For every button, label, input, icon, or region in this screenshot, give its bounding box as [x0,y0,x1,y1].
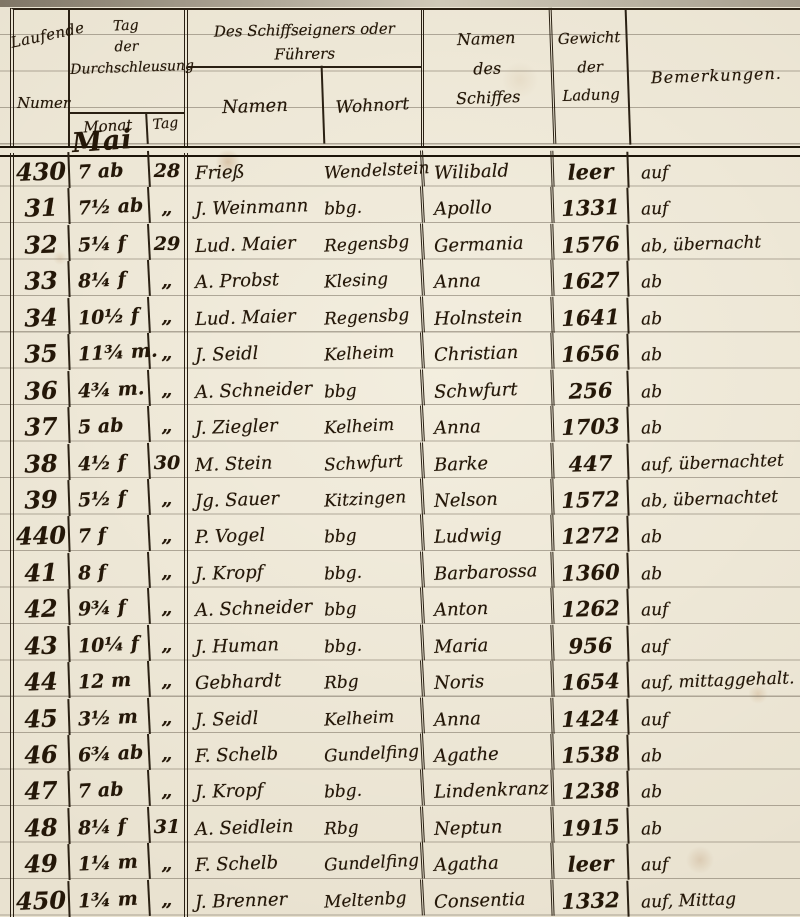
table-row: 338¼ f„A. ProbstKlesingAnna1627ab [14,262,800,298]
cell-residence: Regensbg [323,296,425,338]
header-ship-column: Namen des Schiffes [422,8,557,148]
cell-name: J. Weinmann [187,187,324,228]
scan-edge-smudge [0,0,800,7]
cell-day: „ [150,189,188,225]
cell-residence: bbg [323,515,425,557]
cell-no: 39 [13,480,70,518]
cell-remark: auf, mittaggehalt. [628,660,800,703]
cell-day: „ [150,590,188,626]
table-row: 453½ m„J. SeidlKelheimAnna1424auf [14,700,800,736]
cell-no: 450 [13,881,70,917]
cell-residence: Gundelfing [323,733,425,775]
cell-time: 8¼ f [69,807,151,848]
cell-time: 12 m [69,661,151,702]
cell-weight: 1272 [553,516,629,555]
cell-residence: Gundelfing [323,843,425,885]
cell-residence: bbg [323,588,425,630]
table-row: 4307 ab28FrießWendelsteinWilibaldleerauf [14,153,800,189]
cell-weight: 256 [553,370,629,409]
cell-day: „ [150,408,188,444]
ledger-table: Laufende Numer Tag der Durchschleusung M… [0,8,800,917]
header-number-column: Laufende Numer [14,10,70,146]
table-row: 4501¾ m„J. BrennerMeltenbgConsentia1332a… [14,882,800,917]
cell-name: A. Seidlein [187,807,324,848]
cell-time: 5 ab [69,406,151,447]
cell-no: 440 [13,516,70,554]
header-day-label: Tag [147,112,186,147]
cell-time: 7 ab [69,770,151,811]
cell-residence: Kitzingen [323,478,425,520]
cell-day: „ [150,481,188,517]
cell-no: 36 [13,371,70,409]
cell-no: 49 [13,844,70,882]
cell-time: 4¾ m. [69,370,151,411]
header-owner-subrow: Namen Wohnort [188,66,421,146]
cell-name: Lud. Maier [187,296,324,337]
cell-ship: Anna [423,697,554,738]
table-row: 488¼ f31A. SeidleinRbgNeptun1915ab [14,809,800,845]
cell-no: 44 [13,662,70,700]
cell-ship: Lindenkranz [423,770,554,811]
cell-remark: ab [628,332,800,375]
cell-ship: Agathe [423,734,554,775]
cell-weight: 1627 [553,261,629,300]
cell-name: A. Schneider [187,588,324,629]
cell-time: 7 f [69,515,151,556]
table-row: 375 ab„J. ZieglerKelheimAnna1703ab [14,408,800,444]
cell-name: A. Probst [187,260,324,301]
cell-name: J. Brenner [187,879,324,917]
cell-residence: Kelheim [323,333,425,375]
cell-weight: 1238 [553,771,629,810]
cell-time: 3½ m [69,697,151,738]
header-weight-column: Gewicht der Ladung [552,9,632,148]
cell-residence: Regensbg [323,223,425,265]
cell-day: „ [150,372,188,408]
cell-remark: auf [628,624,800,667]
cell-remark: auf [628,186,800,229]
cell-time: 4½ f [69,442,151,483]
cell-no: 43 [13,626,70,664]
cell-weight: 956 [553,625,629,664]
cell-name: F. Schelb [187,843,324,884]
cell-time: 6¾ ab [69,734,151,775]
cell-no: 46 [13,735,70,773]
cell-residence: bbg. [323,187,425,229]
cell-remark: ab [628,405,800,448]
cell-no: 45 [13,699,70,737]
table-row: 429¾ f„A. SchneiderbbgAnton1262auf [14,590,800,626]
cell-ship: Wilibald [423,151,554,192]
cell-no: 37 [13,407,70,445]
cell-time: 10½ f [69,297,151,338]
cell-time: 7½ ab [69,187,151,228]
cell-ship: Anna [423,260,554,301]
table-row: 4412 m„GebhardtRbgNoris1654auf, mittagge… [14,663,800,699]
month-entry: Mai [71,124,134,159]
cell-time: 1¾ m [69,880,151,917]
table-row: 325¼ f29Lud. MaierRegensbgGermania1576ab… [14,226,800,262]
cell-name: J. Kropf [187,551,324,592]
cell-weight: 1572 [553,480,629,519]
cell-ship: Agatha [423,843,554,884]
cell-name: J. Seidl [187,333,324,374]
cell-remark: auf, Mittag [628,879,800,917]
cell-no: 47 [13,771,70,809]
cell-residence: bbg [323,369,425,411]
header-number-line2: Numer [17,94,70,112]
table-row: 418 f„J. Kropfbbg.Barbarossa1360ab [14,554,800,590]
cell-ship: Holnstein [423,296,554,337]
cell-time: 8¼ f [69,260,151,301]
table-row: 3511¾ m.„J. SeidlKelheimChristian1656ab [14,335,800,371]
cell-name: Jg. Sauer [187,479,324,520]
header-owner-name-label: Namen [187,66,326,149]
table-row: 364¾ m.„A. SchneiderbbgSchwfurt256ab [14,372,800,408]
cell-remark: auf [628,842,800,885]
cell-residence: Klesing [323,260,425,302]
cell-ship: Neptun [423,807,554,848]
cell-remark: ab [628,551,800,594]
cell-time: 11¾ m. [69,333,151,374]
cell-time: 8 f [69,552,151,593]
cell-name: J. Seidl [187,697,324,738]
cell-name: Frieß [187,151,324,192]
cell-name: J. Human [187,624,324,665]
cell-no: 32 [13,225,70,263]
cell-day: „ [150,882,188,917]
cell-weight: 1703 [553,407,629,446]
table-row: 317½ ab„J. Weinmannbbg.Apollo1331auf [14,189,800,225]
cell-ship: Ludwig [423,515,554,556]
ledger-page: Laufende Numer Tag der Durchschleusung M… [0,0,800,917]
cell-name: Gebhardt [187,661,324,702]
cell-residence: Rbg [323,661,425,703]
cell-day: „ [150,845,188,881]
table-row: 384½ f30M. SteinSchwfurtBarke447auf, übe… [14,445,800,481]
header-owner-residence-label: Wohnort [322,66,423,149]
header-remarks-column: Bemerkungen. [627,7,800,149]
cell-remark: ab [628,296,800,339]
cell-residence: bbg. [323,624,425,666]
cell-residence: Rbg [323,806,425,848]
cell-weight: 447 [553,443,629,482]
cell-day: 29 [150,226,188,262]
cell-name: J. Kropf [187,770,324,811]
cell-no: 33 [13,261,70,299]
cell-residence: Meltenbg [323,879,425,917]
header-owner-title: Des Schiffseigners oder Führers [188,8,422,68]
cell-weight: 1332 [553,880,629,917]
cell-ship: Barbarossa [423,552,554,593]
table-row: 466¾ ab„F. SchelbGundelfingAgathe1538ab [14,736,800,772]
cell-weight: 1262 [553,589,629,628]
cell-day: „ [150,517,188,553]
cell-weight: 1538 [553,735,629,774]
cell-ship: Schwfurt [423,369,554,410]
cell-remark: ab [628,514,800,557]
table-row: 4310¼ f„J. Humanbbg.Maria956auf [14,627,800,663]
cell-day: „ [150,772,188,808]
cell-time: 5½ f [69,479,151,520]
cell-weight: 1576 [553,225,629,264]
cell-ship: Consentia [423,879,554,917]
cell-ship: Anna [423,406,554,447]
cell-name: M. Stein [187,442,324,483]
cell-time: 5¼ f [69,224,151,265]
cell-day: „ [150,700,188,736]
cell-weight: 1656 [553,334,629,373]
cell-day: „ [150,663,188,699]
cell-weight: 1424 [553,698,629,737]
cell-day: „ [150,627,188,663]
cell-remark: ab [628,369,800,412]
cell-no: 34 [13,298,70,336]
cell-remark: ab [628,259,800,302]
cell-day: „ [150,554,188,590]
cell-weight: 1915 [553,808,629,847]
cell-ship: Noris [423,661,554,702]
cell-no: 42 [13,589,70,627]
cell-remark: auf [628,587,800,630]
cell-day: 30 [150,445,188,481]
table-row: 4407 f„P. VogelbbgLudwig1272ab [14,517,800,553]
cell-time: 10¼ f [69,625,151,666]
cell-no: 38 [13,444,70,482]
cell-residence: bbg. [323,770,425,812]
cell-ship: Christian [423,333,554,374]
cell-residence: Kelheim [323,697,425,739]
cell-weight: 1641 [553,297,629,336]
cell-time: 1¼ m [69,843,151,884]
cell-residence: bbg. [323,551,425,593]
cell-residence: Wendelstein [323,150,425,192]
cell-no: 31 [13,188,70,226]
cell-ship: Maria [423,624,554,665]
cell-ship: Apollo [423,187,554,228]
cell-ship: Germania [423,224,554,265]
cell-name: Lud. Maier [187,224,324,265]
table-row: 477 ab„J. Kropfbbg.Lindenkranz1238ab [14,772,800,808]
cell-weight: leer [553,152,629,191]
cell-weight: 1331 [553,188,629,227]
cell-remark: ab [628,769,800,812]
cell-day: „ [150,736,188,772]
cell-residence: Schwfurt [323,442,425,484]
cell-ship: Anton [423,588,554,629]
cell-name: J. Ziegler [187,406,324,447]
cell-name: F. Schelb [187,734,324,775]
cell-ship: Barke [423,442,554,483]
cell-day: „ [150,299,188,335]
cell-name: P. Vogel [187,515,324,556]
cell-remark: auf, übernachtet [628,441,800,484]
cell-residence: Kelheim [323,405,425,447]
cell-day: 28 [150,153,188,189]
cell-weight: 1654 [553,662,629,701]
cell-day: 31 [150,809,188,845]
cell-no: 35 [13,334,70,372]
table-row: 3410½ f„Lud. MaierRegensbgHolnstein1641a… [14,299,800,335]
table-row: 491¼ m„F. SchelbGundelfingAgathaleerauf [14,845,800,881]
table-row: 395½ f„Jg. SauerKitzingenNelson1572ab, ü… [14,481,800,517]
cell-name: A. Schneider [187,369,324,410]
cell-no: 430 [13,152,70,190]
cell-remark: auf [628,697,800,740]
header-date-title: Tag der Durchschleusung [68,8,185,114]
header-owner-column: Des Schiffseigners oder Führers Namen Wo… [188,10,424,146]
cell-time: 9¾ f [69,588,151,629]
cell-day: „ [150,262,188,298]
cell-weight: leer [553,844,629,883]
cell-no: 48 [13,808,70,846]
cell-weight: 1360 [553,553,629,592]
table-body: 4307 ab28FrießWendelsteinWilibaldleerauf… [10,153,800,917]
cell-ship: Nelson [423,479,554,520]
cell-no: 41 [13,553,70,591]
